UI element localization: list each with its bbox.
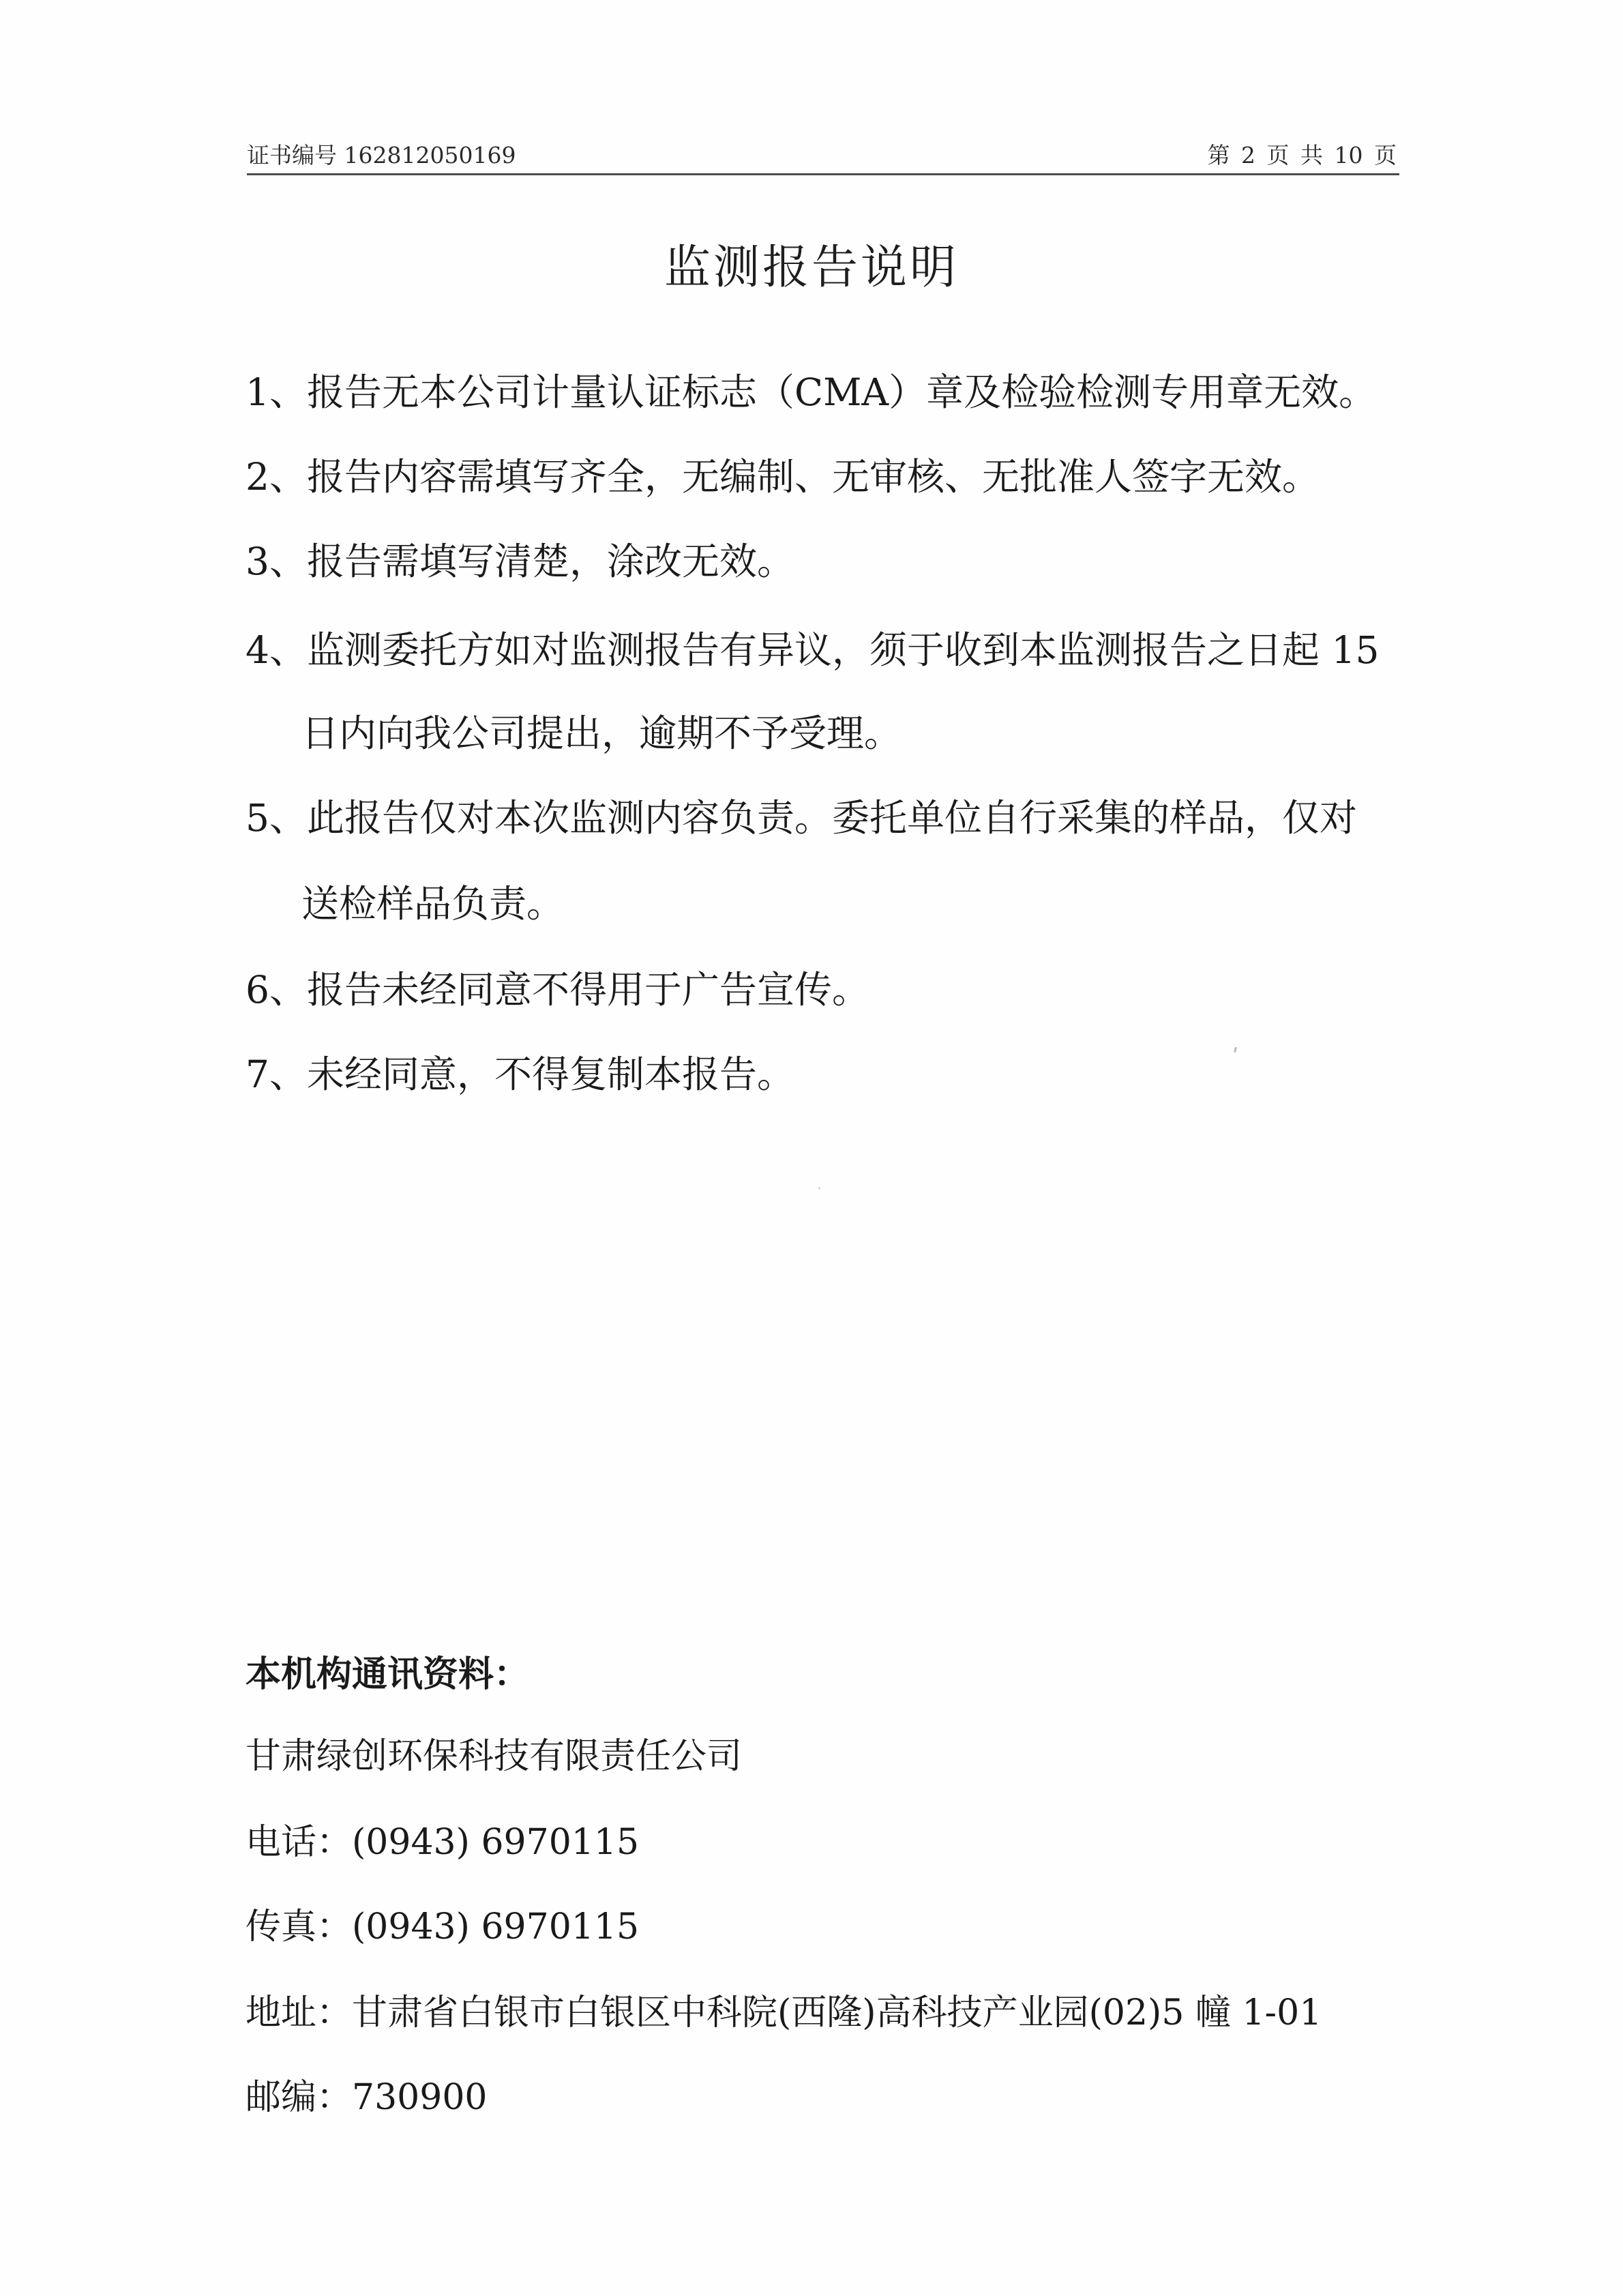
page-header: 证书编号 162812050169 第 2 页 共 10 页 <box>247 134 1398 175</box>
item-text: 报告内容需填写齐全，无编制、无审核、无批准人签字无效。 <box>307 455 1320 499</box>
item-text: 此报告仅对本次监测内容负责。委托单位自行采集的样品，仅对 <box>307 796 1357 840</box>
document-page: 证书编号 162812050169 第 2 页 共 10 页 监测报告说明 1、… <box>0 0 1623 2296</box>
phone-label: 电话： <box>245 1822 352 1863</box>
header-divider <box>247 173 1399 175</box>
list-item-2: 2、报告内容需填写齐全，无编制、无审核、无批准人签字无效。 <box>245 453 1320 501</box>
list-item-6: 6、报告未经同意不得用于广告宣传。 <box>245 966 869 1014</box>
fax-line: 传真：(0943) 6970115 <box>245 1903 639 1951</box>
list-item-5: 5、此报告仅对本次监测内容负责。委托单位自行采集的样品，仅对 <box>245 794 1357 842</box>
item-number: 2、 <box>245 455 307 499</box>
scan-speck <box>1234 1047 1237 1053</box>
list-item-1: 1、报告无本公司计量认证标志（CMA）章及检验检测专用章无效。 <box>245 368 1376 416</box>
company-name: 甘肃绿创环保科技有限责任公司 <box>245 1733 742 1780</box>
item-text: 监测委托方如对监测报告有异议，须于收到本监测报告之日起 15 <box>307 628 1379 672</box>
postcode-label: 邮编： <box>245 2077 352 2118</box>
item-number: 4、 <box>245 628 307 672</box>
item-number: 7、 <box>245 1053 307 1096</box>
item-text: 报告未经同意不得用于广告宣传。 <box>307 968 869 1012</box>
postcode-line: 邮编：730900 <box>245 2074 488 2121</box>
postcode-value: 730900 <box>352 2077 488 2118</box>
phone-line: 电话：(0943) 6970115 <box>245 1819 639 1866</box>
page-title: 监测报告说明 <box>0 231 1623 297</box>
item-number: 1、 <box>245 370 307 414</box>
list-item-7: 7、未经同意，不得复制本报告。 <box>245 1050 794 1098</box>
address-value: 甘肃省白银市白银区中科院(西隆)高科技产业园(02)5 幢 1-01 <box>352 1992 1322 2033</box>
list-item-3: 3、报告需填写清楚，涂改无效。 <box>245 538 794 585</box>
address-label: 地址： <box>245 1992 352 2033</box>
item-number: 3、 <box>245 540 307 583</box>
page-indicator: 第 2 页 共 10 页 <box>1208 138 1397 170</box>
item-text: 报告无本公司计量认证标志（CMA）章及检验检测专用章无效。 <box>307 370 1376 414</box>
item-text: 未经同意，不得复制本报告。 <box>307 1053 794 1096</box>
fax-value: (0943) 6970115 <box>352 1907 639 1947</box>
item-text: 报告需填写清楚，涂改无效。 <box>307 540 794 583</box>
fax-label: 传真： <box>245 1907 352 1947</box>
phone-value: (0943) 6970115 <box>352 1822 639 1863</box>
list-item-4: 4、监测委托方如对监测报告有异议，须于收到本监测报告之日起 15 <box>245 626 1379 674</box>
item-number: 5、 <box>245 796 307 840</box>
scan-speck <box>818 1187 820 1190</box>
list-item-4-continuation: 日内向我公司提出，逾期不予受理。 <box>301 709 902 757</box>
address-line: 地址：甘肃省白银市白银区中科院(西隆)高科技产业园(02)5 幢 1-01 <box>245 1989 1322 2037</box>
list-item-5-continuation: 送检样品负责。 <box>301 880 564 928</box>
certificate-value: 162812050169 <box>344 142 516 168</box>
contact-heading: 本机构通讯资料： <box>245 1645 529 1696</box>
certificate-number: 证书编号 162812050169 <box>247 138 516 170</box>
certificate-label: 证书编号 <box>247 142 337 168</box>
item-number: 6、 <box>245 968 307 1012</box>
